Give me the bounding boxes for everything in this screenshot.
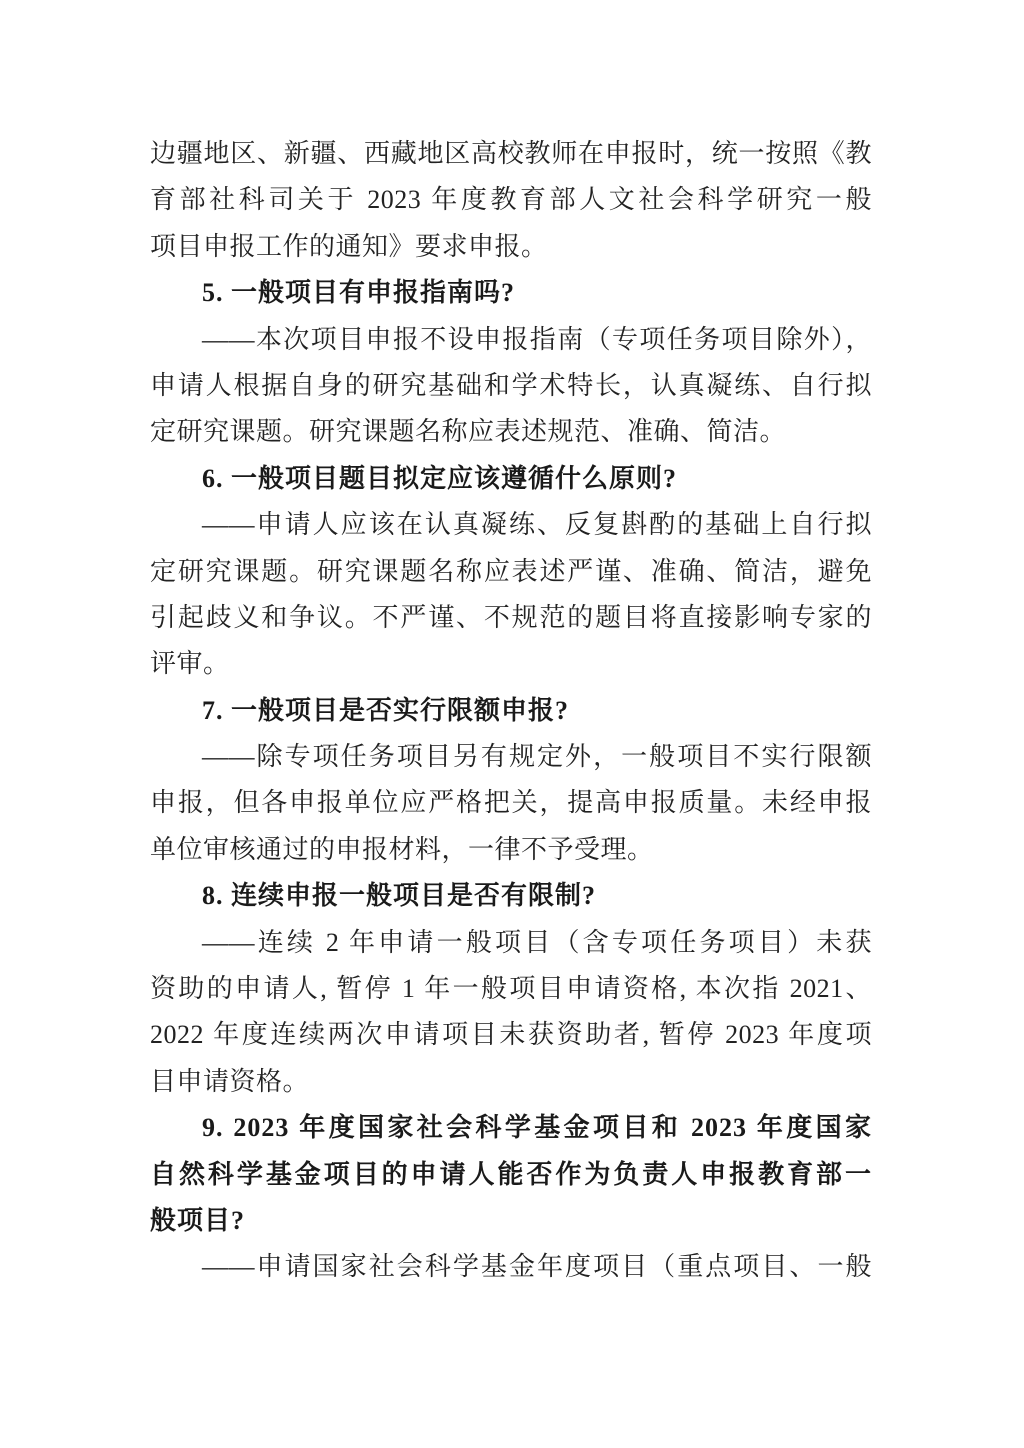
text-line: 定研究课题。研究课题名称应表述规范、准确、简洁。 xyxy=(150,409,872,455)
text-line: 育部社科司关于 2023 年度教育部人文社会科学研究一般 xyxy=(150,177,872,223)
heading-line: 9. 2023 年度国家社会科学基金项目和 2023 年度国家 xyxy=(150,1105,872,1151)
faq-question-9: 9. 2023 年度国家社会科学基金项目和 2023 年度国家 自然科学基金项目… xyxy=(150,1105,872,1244)
text-line: ——本次项目申报不设申报指南（专项任务项目除外）， xyxy=(150,317,872,363)
text-line: 引起歧义和争议。不严谨、不规范的题目将直接影响专家的 xyxy=(150,595,872,641)
paragraph-continuation: 边疆地区、新疆、西藏地区高校教师在申报时，统一按照《教 育部社科司关于 2023… xyxy=(150,131,872,270)
document-page: 边疆地区、新疆、西藏地区高校教师在申报时，统一按照《教 育部社科司关于 2023… xyxy=(0,0,1024,1448)
text-line: 评审。 xyxy=(150,641,872,687)
faq-question-5: 5. 一般项目有申报指南吗? xyxy=(150,270,872,316)
heading-line: 般项目? xyxy=(150,1198,872,1244)
heading-line: 5. 一般项目有申报指南吗? xyxy=(150,270,872,316)
text-line: ——除专项任务项目另有规定外，一般项目不实行限额 xyxy=(150,734,872,780)
heading-line: 自然科学基金项目的申请人能否作为负责人申报教育部一 xyxy=(150,1152,872,1198)
text-line: ——连续 2 年申请一般项目（含专项任务项目）未获 xyxy=(150,920,872,966)
faq-answer-5: ——本次项目申报不设申报指南（专项任务项目除外）， 申请人根据自身的研究基础和学… xyxy=(150,317,872,456)
text-line: 单位审核通过的申报材料，一律不予受理。 xyxy=(150,827,872,873)
text-line: 2022 年度连续两次申请项目未获资助者, 暂停 2023 年度项 xyxy=(150,1012,872,1058)
text-line: 项目申报工作的通知》要求申报。 xyxy=(150,224,872,270)
faq-question-7: 7. 一般项目是否实行限额申报? xyxy=(150,688,872,734)
text-line: 目申请资格。 xyxy=(150,1059,872,1105)
faq-question-6: 6. 一般项目题目拟定应该遵循什么原则? xyxy=(150,456,872,502)
text-line: ——申请国家社会科学基金年度项目（重点项目、一般 xyxy=(150,1244,872,1290)
text-line: ——申请人应该在认真凝练、反复斟酌的基础上自行拟 xyxy=(150,502,872,548)
text-line: 资助的申请人, 暂停 1 年一般项目申请资格, 本次指 2021、 xyxy=(150,966,872,1012)
text-line: 申请人根据自身的研究基础和学术特长，认真凝练、自行拟 xyxy=(150,363,872,409)
faq-answer-9-partial: ——申请国家社会科学基金年度项目（重点项目、一般 xyxy=(150,1244,872,1290)
heading-line: 8. 连续申报一般项目是否有限制? xyxy=(150,873,872,919)
text-line: 边疆地区、新疆、西藏地区高校教师在申报时，统一按照《教 xyxy=(150,131,872,177)
faq-question-8: 8. 连续申报一般项目是否有限制? xyxy=(150,873,872,919)
text-line: 申报，但各申报单位应严格把关，提高申报质量。未经申报 xyxy=(150,780,872,826)
text-line: 定研究课题。研究课题名称应表述严谨、准确、简洁，避免 xyxy=(150,549,872,595)
heading-line: 6. 一般项目题目拟定应该遵循什么原则? xyxy=(150,456,872,502)
faq-answer-7: ——除专项任务项目另有规定外，一般项目不实行限额 申报，但各申报单位应严格把关，… xyxy=(150,734,872,873)
page-text-content: 边疆地区、新疆、西藏地区高校教师在申报时，统一按照《教 育部社科司关于 2023… xyxy=(150,131,872,1291)
heading-line: 7. 一般项目是否实行限额申报? xyxy=(150,688,872,734)
faq-answer-8: ——连续 2 年申请一般项目（含专项任务项目）未获 资助的申请人, 暂停 1 年… xyxy=(150,920,872,1106)
faq-answer-6: ——申请人应该在认真凝练、反复斟酌的基础上自行拟 定研究课题。研究课题名称应表述… xyxy=(150,502,872,688)
